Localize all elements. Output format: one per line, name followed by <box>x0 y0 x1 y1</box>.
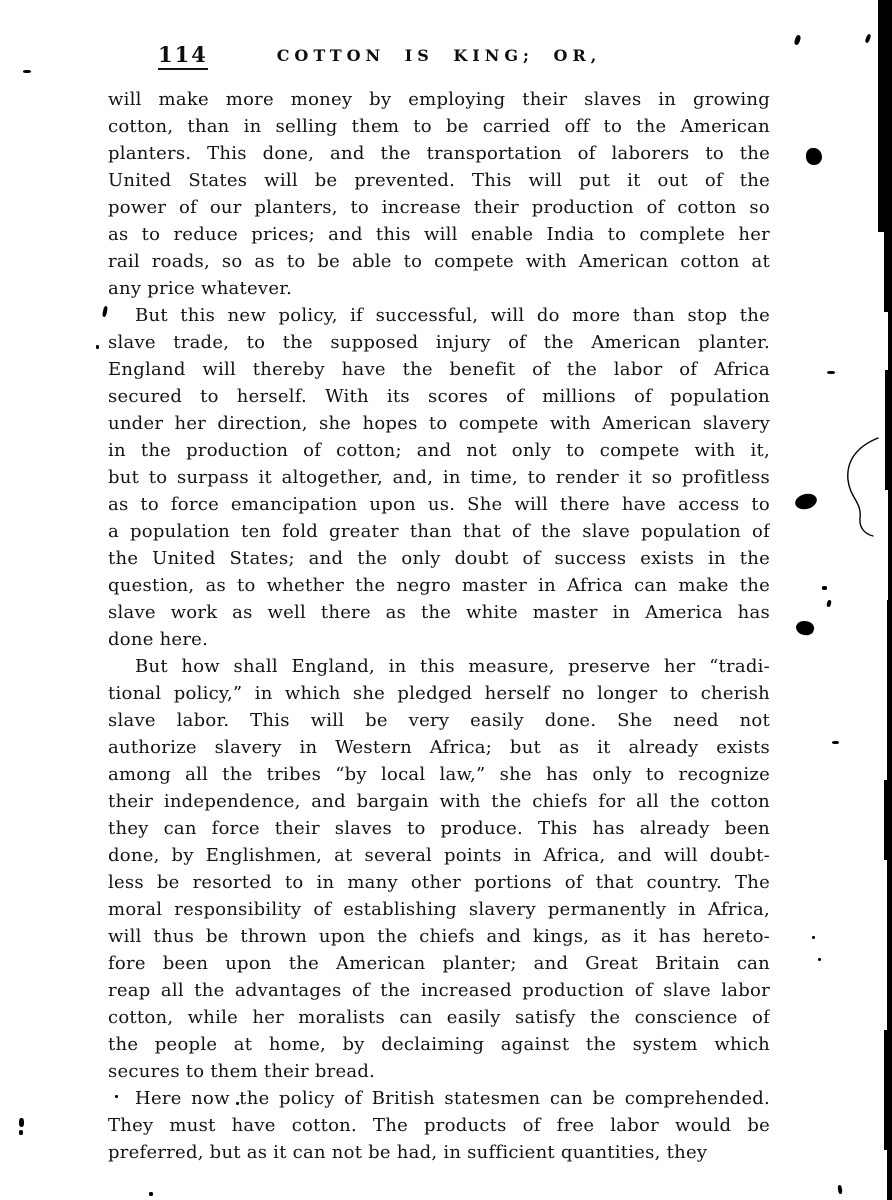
scan-edge-bar <box>884 1030 892 1150</box>
text-line: power of our planters, to increase their… <box>108 194 770 221</box>
scratch-curve-mark <box>838 428 888 543</box>
ink-speck <box>832 741 839 744</box>
text-line: authorize slavery in Western Africa; but… <box>108 734 770 761</box>
ink-speck <box>19 1130 23 1135</box>
paragraph: But how shall England, in this measure, … <box>108 653 770 1085</box>
ink-speck <box>812 936 815 939</box>
text-line: a population ten fold greater than that … <box>108 518 770 545</box>
text-line: will thus be thrown upon the chiefs and … <box>108 923 770 950</box>
text-line: Here now the policy of British statesmen… <box>108 1085 770 1112</box>
text-line: cotton, while her moralists can easily s… <box>108 1004 770 1031</box>
text-line: as to reduce prices; and this will enabl… <box>108 221 770 248</box>
text-line: among all the tribes “by local law,” she… <box>108 761 770 788</box>
ink-speck <box>236 1102 239 1105</box>
text-line: moral responsibility of establishing sla… <box>108 896 770 923</box>
text-line: done here. <box>108 626 770 653</box>
text-line: slave labor. This will be very easily do… <box>108 707 770 734</box>
text-line: planters. This done, and the transportat… <box>108 140 770 167</box>
ink-speck <box>794 34 802 45</box>
ink-speck <box>115 1095 118 1098</box>
ink-speck <box>19 1118 24 1127</box>
text-line: But how shall England, in this measure, … <box>108 653 770 680</box>
text-line: cotton, than in selling them to be carri… <box>108 113 770 140</box>
paragraph: Here now the policy of British statesmen… <box>108 1085 770 1166</box>
ink-blob <box>793 491 818 511</box>
running-title: COTTON IS KING; OR, <box>108 46 770 65</box>
text-line: secures to them their bread. <box>108 1058 770 1085</box>
text-line: But this new policy, if successful, will… <box>108 302 770 329</box>
text-line: will make more money by employing their … <box>108 86 770 113</box>
text-line: in the production of cotton; and not onl… <box>108 437 770 464</box>
text-line: question, as to whether the negro master… <box>108 572 770 599</box>
text-line: under her direction, she hopes to compet… <box>108 410 770 437</box>
text-line: reap all the advantages of the increased… <box>108 977 770 1004</box>
paragraph: will make more money by employing their … <box>108 86 770 302</box>
text-line: the people at home, by declaiming agains… <box>108 1031 770 1058</box>
ink-blob <box>806 148 822 165</box>
scan-edge-bar <box>878 0 892 232</box>
text-line: preferred, but as it can not be had, in … <box>108 1139 770 1166</box>
text-line: tional policy,” in which she pledged her… <box>108 680 770 707</box>
text-line: They must have cotton. The products of f… <box>108 1112 770 1139</box>
text-line: slave work as well there as the white ma… <box>108 599 770 626</box>
text-line: secured to herself. With its scores of m… <box>108 383 770 410</box>
text-line: the United States; and the only doubt of… <box>108 545 770 572</box>
scan-edge-bar <box>884 780 892 860</box>
ink-speck <box>865 34 872 44</box>
text-line: their independence, and bargain with the… <box>108 788 770 815</box>
ink-speck <box>96 345 99 349</box>
paragraph: But this new policy, if successful, will… <box>108 302 770 653</box>
ink-speck <box>822 586 827 590</box>
text-line: less be resorted to in many other portio… <box>108 869 770 896</box>
text-line: slave trade, to the supposed injury of t… <box>108 329 770 356</box>
text-line: rail roads, so as to be able to compete … <box>108 248 770 275</box>
ink-speck <box>149 1192 153 1196</box>
text-line: as to force emancipation upon us. She wi… <box>108 491 770 518</box>
ink-speck <box>23 70 31 73</box>
ink-speck <box>818 958 821 961</box>
ink-speck <box>826 600 832 608</box>
text-line: United States will be prevented. This wi… <box>108 167 770 194</box>
text-line: they can force their slaves to produce. … <box>108 815 770 842</box>
text-line: done, by Englishmen, at several points i… <box>108 842 770 869</box>
scan-edge-bar <box>884 232 892 312</box>
text-line: but to surpass it altogether, and, in ti… <box>108 464 770 491</box>
ink-blob <box>795 619 816 637</box>
ink-speck <box>827 371 835 374</box>
ink-speck <box>837 1185 842 1194</box>
text-line: any price whatever. <box>108 275 770 302</box>
text-line: England will thereby have the benefit of… <box>108 356 770 383</box>
text-column: will make more money by employing their … <box>108 86 770 1166</box>
text-line: fore been upon the American planter; and… <box>108 950 770 977</box>
scanned-book-page: 114 COTTON IS KING; OR, will make more m… <box>0 0 892 1200</box>
